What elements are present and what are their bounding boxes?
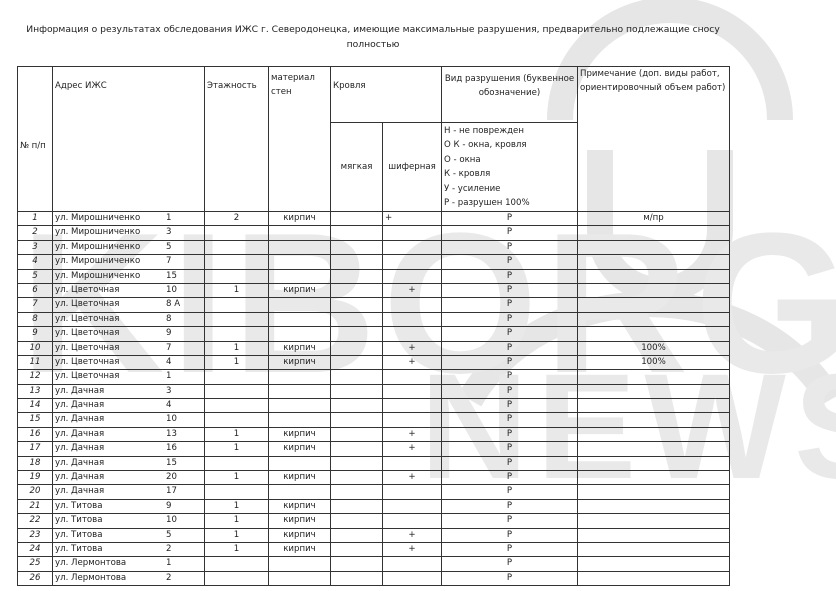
row-floors	[205, 399, 269, 413]
street-name: ул. Титова	[55, 529, 102, 542]
row-note: м/пр	[578, 212, 730, 226]
header-material: материал стен	[269, 67, 331, 212]
row-roof-soft	[331, 240, 383, 254]
row-roof-slate	[383, 456, 442, 470]
house-number: 1	[166, 557, 171, 570]
row-address: ул. Цветочная10	[53, 283, 205, 297]
row-floors	[205, 571, 269, 585]
row-note	[578, 327, 730, 341]
row-roof-soft	[331, 442, 383, 456]
row-roof-soft	[331, 355, 383, 369]
row-damage: Р	[442, 341, 578, 355]
row-floors	[205, 557, 269, 571]
row-note	[578, 542, 730, 556]
house-number: 4	[166, 356, 171, 369]
row-roof-soft	[331, 557, 383, 571]
row-roof-slate: +	[383, 528, 442, 542]
row-roof-slate: +	[383, 427, 442, 441]
row-roof-slate	[383, 298, 442, 312]
table-row: 19ул. Дачная201кирпич+Р	[18, 471, 730, 485]
row-material	[269, 384, 331, 398]
row-floors: 1	[205, 528, 269, 542]
row-number: 8	[18, 312, 53, 326]
row-roof-soft	[331, 514, 383, 528]
row-floors: 1	[205, 283, 269, 297]
street-name: ул. Дачная	[55, 442, 104, 455]
row-roof-slate	[383, 514, 442, 528]
row-floors	[205, 456, 269, 470]
table-row: 22ул. Титова101кирпичР	[18, 514, 730, 528]
row-roof-soft	[331, 413, 383, 427]
house-number: 7	[166, 255, 171, 268]
row-floors	[205, 226, 269, 240]
house-number: 8 А	[166, 298, 180, 311]
street-name: ул. Цветочная	[55, 342, 119, 355]
street-name: ул. Дачная	[55, 385, 104, 398]
header-num: № п/п	[18, 67, 53, 212]
row-roof-soft	[331, 384, 383, 398]
street-name: ул. Титова	[55, 543, 102, 556]
row-floors: 1	[205, 471, 269, 485]
row-address: ул. Мирошниченко5	[53, 240, 205, 254]
house-number: 2	[166, 572, 171, 585]
row-address: ул. Лермонтова1	[53, 557, 205, 571]
house-number: 7	[166, 342, 171, 355]
house-number: 15	[166, 270, 177, 283]
row-damage: Р	[442, 571, 578, 585]
row-material	[269, 557, 331, 571]
row-roof-soft	[331, 456, 383, 470]
street-name: ул. Титова	[55, 500, 102, 513]
row-roof-soft	[331, 255, 383, 269]
row-note	[578, 269, 730, 283]
street-name: ул. Дачная	[55, 457, 104, 470]
row-damage: Р	[442, 283, 578, 297]
row-roof-soft	[331, 471, 383, 485]
house-number: 2	[166, 543, 171, 556]
street-name: ул. Лермонтова	[55, 557, 126, 570]
row-material	[269, 226, 331, 240]
row-floors: 2	[205, 212, 269, 226]
row-material	[269, 312, 331, 326]
row-address: ул. Лермонтова2	[53, 571, 205, 585]
row-material	[269, 413, 331, 427]
row-address: ул. Дачная15	[53, 456, 205, 470]
table-row: 8ул. Цветочная8Р	[18, 312, 730, 326]
row-material: кирпич	[269, 542, 331, 556]
header-address: Адрес ИЖС	[53, 67, 205, 212]
table-row: 6ул. Цветочная101кирпич+Р	[18, 283, 730, 297]
house-number: 1	[166, 370, 171, 383]
table-row: 16ул. Дачная131кирпич+Р	[18, 427, 730, 441]
row-roof-slate	[383, 255, 442, 269]
row-roof-slate	[383, 413, 442, 427]
row-roof-soft	[331, 341, 383, 355]
row-number: 3	[18, 240, 53, 254]
table-row: 21ул. Титова91кирпичР	[18, 499, 730, 513]
row-roof-soft	[331, 427, 383, 441]
damage-legend-item: У - усиление	[444, 182, 575, 196]
street-name: ул. Мирошниченко	[55, 270, 140, 283]
row-number: 11	[18, 355, 53, 369]
house-number: 1	[166, 212, 171, 225]
row-note	[578, 485, 730, 499]
table-row: 2ул. Мирошниченко3Р	[18, 226, 730, 240]
row-address: ул. Мирошниченко1	[53, 212, 205, 226]
row-number: 5	[18, 269, 53, 283]
row-address: ул. Дачная13	[53, 427, 205, 441]
table-body: 1ул. Мирошниченко12кирпич+Рм/пр2ул. Миро…	[18, 212, 730, 586]
row-roof-soft	[331, 528, 383, 542]
street-name: ул. Мирошниченко	[55, 212, 140, 225]
row-floors	[205, 413, 269, 427]
row-number: 9	[18, 327, 53, 341]
table-row: 9ул. Цветочная9Р	[18, 327, 730, 341]
header-damage: Вид разрушения (буквенное обозначение)	[442, 67, 578, 123]
house-number: 20	[166, 471, 177, 484]
row-material	[269, 240, 331, 254]
table-row: 1ул. Мирошниченко12кирпич+Рм/пр	[18, 212, 730, 226]
row-roof-slate	[383, 485, 442, 499]
row-note	[578, 370, 730, 384]
row-roof-soft	[331, 283, 383, 297]
row-address: ул. Титова9	[53, 499, 205, 513]
table-row: 18ул. Дачная15Р	[18, 456, 730, 470]
row-floors: 1	[205, 542, 269, 556]
row-roof-soft	[331, 499, 383, 513]
row-material	[269, 456, 331, 470]
document-title: Информация о результатах обследования ИЖ…	[0, 22, 746, 52]
house-number: 5	[166, 529, 171, 542]
street-name: ул. Лермонтова	[55, 572, 126, 585]
row-floors: 1	[205, 355, 269, 369]
row-roof-soft	[331, 571, 383, 585]
house-number: 3	[166, 226, 171, 239]
house-number: 8	[166, 313, 171, 326]
row-damage: Р	[442, 413, 578, 427]
row-material	[269, 298, 331, 312]
street-name: ул. Мирошниченко	[55, 226, 140, 239]
row-floors	[205, 370, 269, 384]
row-damage: Р	[442, 240, 578, 254]
row-address: ул. Цветочная8	[53, 312, 205, 326]
row-number: 12	[18, 370, 53, 384]
table-row: 23ул. Титова51кирпич+Р	[18, 528, 730, 542]
row-floors	[205, 485, 269, 499]
row-floors	[205, 255, 269, 269]
row-number: 1	[18, 212, 53, 226]
row-address: ул. Дачная3	[53, 384, 205, 398]
table-row: 12ул. Цветочная1Р	[18, 370, 730, 384]
row-number: 6	[18, 283, 53, 297]
header-roof-soft: мягкая	[331, 123, 383, 212]
row-address: ул. Мирошниченко15	[53, 269, 205, 283]
table-row: 25ул. Лермонтова1Р	[18, 557, 730, 571]
row-damage: Р	[442, 542, 578, 556]
row-damage: Р	[442, 528, 578, 542]
row-note	[578, 571, 730, 585]
table-row: 13ул. Дачная3Р	[18, 384, 730, 398]
row-roof-soft	[331, 298, 383, 312]
row-note: 100%	[578, 341, 730, 355]
row-damage: Р	[442, 557, 578, 571]
table-row: 26ул. Лермонтова2Р	[18, 571, 730, 585]
street-name: ул. Дачная	[55, 428, 104, 441]
row-note	[578, 499, 730, 513]
row-roof-soft	[331, 269, 383, 283]
row-floors: 1	[205, 442, 269, 456]
row-address: ул. Мирошниченко3	[53, 226, 205, 240]
row-number: 22	[18, 514, 53, 528]
row-note	[578, 413, 730, 427]
row-material	[269, 269, 331, 283]
row-roof-slate	[383, 557, 442, 571]
street-name: ул. Дачная	[55, 471, 104, 484]
street-name: ул. Титова	[55, 514, 102, 527]
row-floors	[205, 269, 269, 283]
row-damage: Р	[442, 327, 578, 341]
row-roof-slate	[383, 370, 442, 384]
row-address: ул. Цветочная4	[53, 355, 205, 369]
row-damage: Р	[442, 255, 578, 269]
street-name: ул. Дачная	[55, 485, 104, 498]
row-damage: Р	[442, 269, 578, 283]
row-material: кирпич	[269, 514, 331, 528]
row-material	[269, 327, 331, 341]
row-number: 16	[18, 427, 53, 441]
house-number: 10	[166, 514, 177, 527]
table-row: 5ул. Мирошниченко15Р	[18, 269, 730, 283]
house-number: 10	[166, 284, 177, 297]
street-name: ул. Цветочная	[55, 370, 119, 383]
house-number: 15	[166, 457, 177, 470]
row-damage: Р	[442, 499, 578, 513]
table-row: 10ул. Цветочная71кирпич+Р100%	[18, 341, 730, 355]
row-address: ул. Цветочная8 А	[53, 298, 205, 312]
row-roof-slate	[383, 384, 442, 398]
row-damage: Р	[442, 485, 578, 499]
row-roof-soft	[331, 399, 383, 413]
row-damage: Р	[442, 399, 578, 413]
row-address: ул. Мирошниченко7	[53, 255, 205, 269]
header-floors: Этажность	[205, 67, 269, 212]
row-roof-slate: +	[383, 341, 442, 355]
row-note	[578, 456, 730, 470]
row-number: 2	[18, 226, 53, 240]
header-roof-slate: шиферная	[383, 123, 442, 212]
row-roof-slate	[383, 269, 442, 283]
row-material	[269, 571, 331, 585]
row-damage: Р	[442, 442, 578, 456]
row-note	[578, 514, 730, 528]
row-floors	[205, 384, 269, 398]
row-note	[578, 557, 730, 571]
house-number: 13	[166, 428, 177, 441]
table-row: 3ул. Мирошниченко5Р	[18, 240, 730, 254]
house-number: 9	[166, 327, 171, 340]
table-row: 14ул. Дачная4Р	[18, 399, 730, 413]
row-address: ул. Титова10	[53, 514, 205, 528]
row-roof-slate: +	[383, 283, 442, 297]
row-floors	[205, 240, 269, 254]
house-number: 9	[166, 500, 171, 513]
row-note	[578, 283, 730, 297]
house-number: 5	[166, 241, 171, 254]
row-roof-slate: +	[383, 212, 442, 226]
row-damage: Р	[442, 471, 578, 485]
house-number: 16	[166, 442, 177, 455]
row-number: 17	[18, 442, 53, 456]
house-number: 17	[166, 485, 177, 498]
row-material: кирпич	[269, 442, 331, 456]
row-material: кирпич	[269, 427, 331, 441]
table-row: 15ул. Дачная10Р	[18, 413, 730, 427]
street-name: ул. Дачная	[55, 413, 104, 426]
table-row: 17ул. Дачная161кирпич+Р	[18, 442, 730, 456]
row-roof-slate: +	[383, 542, 442, 556]
row-number: 10	[18, 341, 53, 355]
street-name: ул. Цветочная	[55, 356, 119, 369]
table-row: 11ул. Цветочная41кирпич+Р100%	[18, 355, 730, 369]
street-name: ул. Мирошниченко	[55, 241, 140, 254]
row-damage: Р	[442, 456, 578, 470]
row-roof-slate	[383, 312, 442, 326]
row-address: ул. Цветочная9	[53, 327, 205, 341]
row-number: 25	[18, 557, 53, 571]
row-roof-slate	[383, 240, 442, 254]
row-note	[578, 298, 730, 312]
row-address: ул. Дачная10	[53, 413, 205, 427]
row-floors: 1	[205, 427, 269, 441]
row-damage: Р	[442, 514, 578, 528]
row-roof-slate	[383, 399, 442, 413]
row-address: ул. Дачная4	[53, 399, 205, 413]
row-material: кирпич	[269, 355, 331, 369]
row-material	[269, 255, 331, 269]
row-roof-slate	[383, 226, 442, 240]
row-floors	[205, 312, 269, 326]
row-note: 100%	[578, 355, 730, 369]
damage-legend-item: Н - не поврежден	[444, 124, 575, 138]
row-material: кирпич	[269, 528, 331, 542]
row-number: 13	[18, 384, 53, 398]
row-roof-slate: +	[383, 471, 442, 485]
row-material: кирпич	[269, 471, 331, 485]
row-number: 7	[18, 298, 53, 312]
row-address: ул. Титова2	[53, 542, 205, 556]
header-roof: Кровля	[331, 67, 442, 123]
row-roof-soft	[331, 370, 383, 384]
row-number: 18	[18, 456, 53, 470]
row-floors: 1	[205, 514, 269, 528]
row-note	[578, 384, 730, 398]
street-name: ул. Цветочная	[55, 284, 119, 297]
row-roof-slate	[383, 499, 442, 513]
row-roof-slate: +	[383, 442, 442, 456]
row-material: кирпич	[269, 499, 331, 513]
row-roof-slate: +	[383, 355, 442, 369]
row-material: кирпич	[269, 212, 331, 226]
table-row: 4ул. Мирошниченко7Р	[18, 255, 730, 269]
row-damage: Р	[442, 427, 578, 441]
street-name: ул. Цветочная	[55, 313, 119, 326]
row-note	[578, 471, 730, 485]
row-number: 20	[18, 485, 53, 499]
row-damage: Р	[442, 384, 578, 398]
row-floors: 1	[205, 341, 269, 355]
damage-legend: Н - не поврежденО К - окна, кровляО - ок…	[442, 123, 578, 212]
header-note: Примечание (доп. виды работ, ориентирово…	[578, 67, 730, 212]
row-roof-soft	[331, 212, 383, 226]
survey-table: № п/п Адрес ИЖС Этажность материал стен …	[17, 66, 730, 586]
row-note	[578, 312, 730, 326]
house-number: 10	[166, 413, 177, 426]
row-damage: Р	[442, 312, 578, 326]
house-number: 4	[166, 399, 171, 412]
row-note	[578, 240, 730, 254]
row-address: ул. Дачная16	[53, 442, 205, 456]
row-note	[578, 255, 730, 269]
table-row: 20ул. Дачная17Р	[18, 485, 730, 499]
row-floors	[205, 298, 269, 312]
table-row: 7ул. Цветочная8 АР	[18, 298, 730, 312]
damage-legend-item: К - кровля	[444, 167, 575, 181]
house-number: 3	[166, 385, 171, 398]
row-number: 14	[18, 399, 53, 413]
row-address: ул. Цветочная7	[53, 341, 205, 355]
row-number: 26	[18, 571, 53, 585]
row-number: 19	[18, 471, 53, 485]
row-material	[269, 485, 331, 499]
row-note	[578, 399, 730, 413]
row-number: 4	[18, 255, 53, 269]
street-name: ул. Дачная	[55, 399, 104, 412]
row-material: кирпич	[269, 341, 331, 355]
row-roof-soft	[331, 226, 383, 240]
row-damage: Р	[442, 212, 578, 226]
row-damage: Р	[442, 226, 578, 240]
row-address: ул. Титова5	[53, 528, 205, 542]
row-damage: Р	[442, 370, 578, 384]
title-line-2: полностью	[0, 37, 746, 52]
row-note	[578, 442, 730, 456]
row-address: ул. Дачная20	[53, 471, 205, 485]
table-row: 24ул. Титова21кирпич+Р	[18, 542, 730, 556]
row-roof-soft	[331, 542, 383, 556]
row-number: 15	[18, 413, 53, 427]
row-note	[578, 528, 730, 542]
row-damage: Р	[442, 355, 578, 369]
street-name: ул. Мирошниченко	[55, 255, 140, 268]
street-name: ул. Цветочная	[55, 298, 119, 311]
title-line-1: Информация о результатах обследования ИЖ…	[0, 22, 746, 37]
row-roof-soft	[331, 312, 383, 326]
damage-legend-item: О - окна	[444, 153, 575, 167]
row-address: ул. Цветочная1	[53, 370, 205, 384]
row-material	[269, 399, 331, 413]
row-material	[269, 370, 331, 384]
row-material: кирпич	[269, 283, 331, 297]
row-roof-slate	[383, 327, 442, 341]
row-number: 21	[18, 499, 53, 513]
row-number: 24	[18, 542, 53, 556]
row-note	[578, 427, 730, 441]
row-address: ул. Дачная17	[53, 485, 205, 499]
row-roof-soft	[331, 327, 383, 341]
damage-legend-item: О К - окна, кровля	[444, 138, 575, 152]
row-floors	[205, 327, 269, 341]
row-roof-slate	[383, 571, 442, 585]
